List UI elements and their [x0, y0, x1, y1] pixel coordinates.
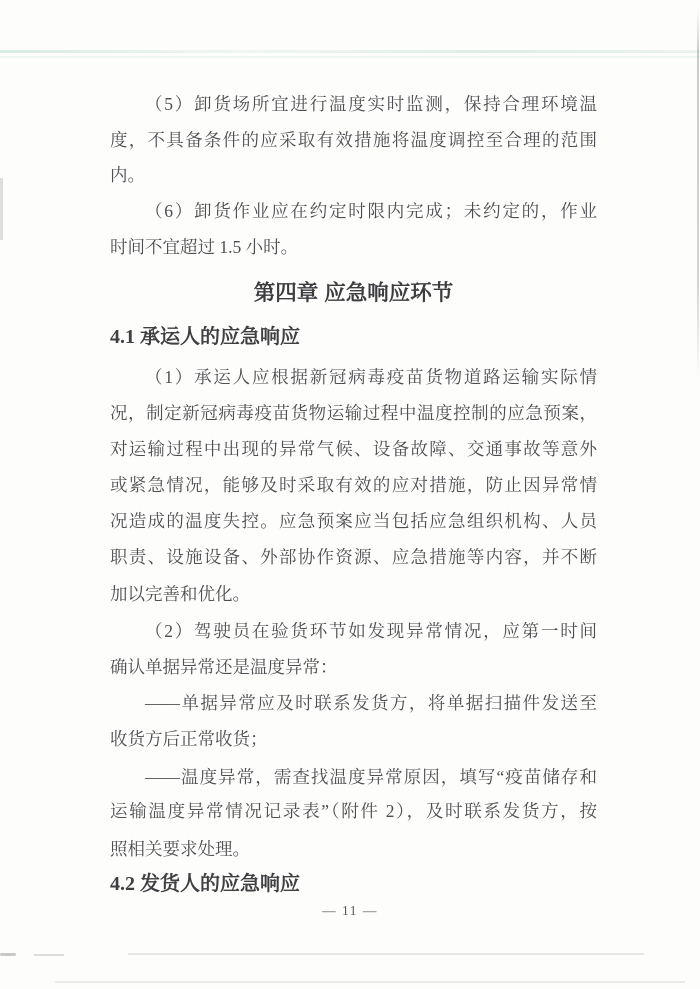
text-line: 况，制定新冠病毒疫苗货物运输过程中温度控制的应急预案，: [110, 400, 597, 426]
section-heading: 4.2 发货人的应急响应: [110, 870, 597, 898]
scan-artifact-top-line: [0, 50, 700, 53]
text-line: 照相关要求处理。: [110, 836, 597, 862]
scan-artifact-smudge: [55, 981, 685, 983]
chapter-heading: 第四章 应急响应环节: [110, 279, 597, 307]
text-line: （5）卸货场所宜进行温度实时监测，保持合理环境温: [110, 91, 597, 117]
text-line: 或紧急情况，能够及时采取有效的应对措施，防止因异常情: [110, 472, 597, 498]
section-heading: 4.1 承运人的应急响应: [110, 323, 597, 351]
scan-artifact-left-marks: [0, 178, 3, 240]
text-line: 收货方后正常收货；: [110, 726, 597, 752]
text-line: 况造成的温度失控。应急预案应当包括应急组织机构、人员: [110, 508, 597, 534]
text-line: ——温度异常，需查找温度异常原因，填写“疫苗储存和: [110, 764, 597, 790]
text-line: 时间不宜超过 1.5 小时。: [110, 234, 597, 260]
scan-artifact-smudge: [0, 953, 16, 956]
text-line: 运输温度异常情况记录表”（附件 2），及时联系发货方，按: [110, 798, 597, 824]
text-line: 加以完善和优化。: [110, 581, 597, 607]
text-line: ——单据异常应及时联系发货方，将单据扫描件发送至: [110, 690, 597, 716]
document-page: （5）卸货场所宜进行温度实时监测，保持合理环境温度，不具备条件的应采取有效措施将…: [0, 0, 700, 989]
scan-artifact-right-edge: [697, 8, 699, 378]
text-line: 确认单据异常还是温度异常：: [110, 654, 597, 680]
scan-artifact-smudge: [34, 954, 64, 956]
text-line: （2）驾驶员在验货环节如发现异常情况，应第一时间: [110, 618, 597, 644]
text-line: （6）卸货作业应在约定时限内完成；未约定的，作业: [110, 198, 597, 224]
text-line: 职责、设施设备、外部协作资源、应急措施等内容，并不断: [110, 544, 597, 570]
scan-artifact-top-line-2: [0, 56, 700, 58]
text-line: 内。: [110, 162, 597, 188]
page-number: — 11 —: [0, 903, 700, 919]
text-line: 对运输过程中出现的异常气候、设备故障、交通事故等意外: [110, 436, 597, 462]
text-line: （1）承运人应根据新冠病毒疫苗货物道路运输实际情: [110, 364, 597, 390]
text-line: 度，不具备条件的应采取有效措施将温度调控至合理的范围: [110, 127, 597, 153]
scan-artifact-smudge: [128, 953, 644, 955]
